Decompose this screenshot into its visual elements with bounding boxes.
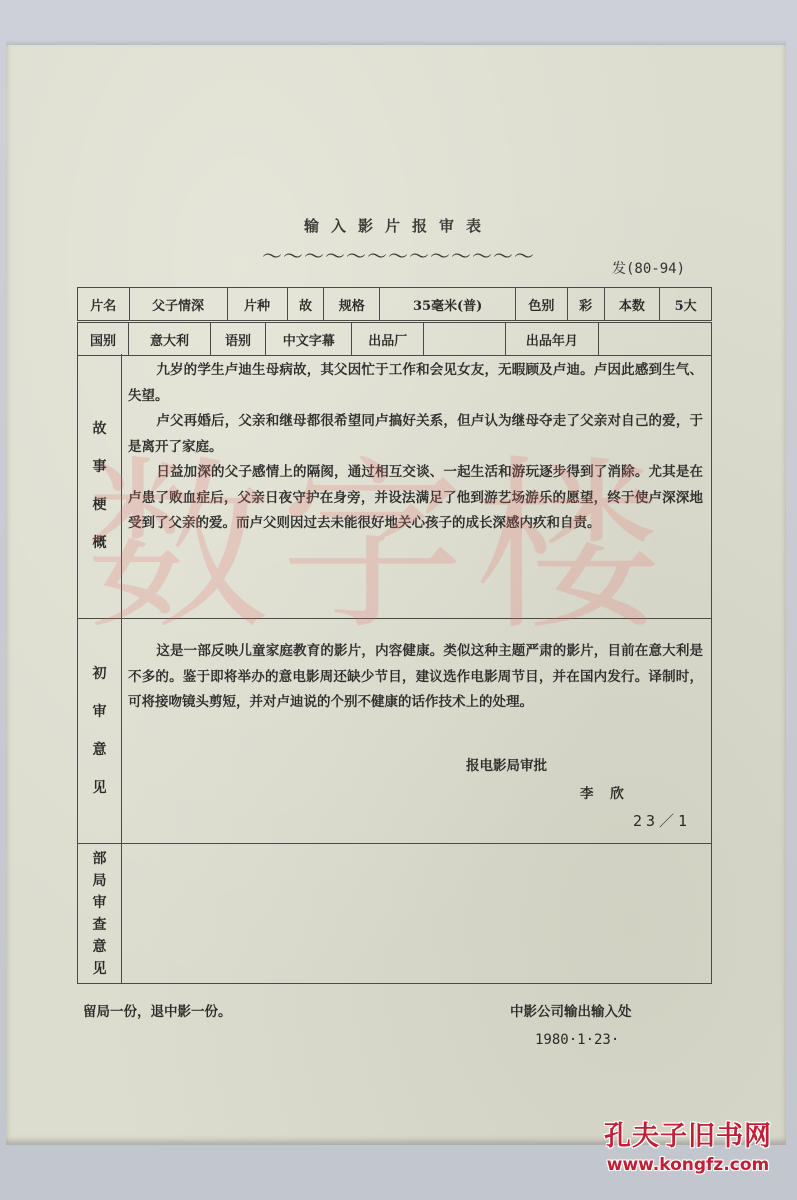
section-bureau-review: 部 局 审 查 意 见 [78, 844, 711, 984]
label-release-date: 出品年月 [506, 323, 599, 356]
synopsis-paragraph: 九岁的学生卢迪生母病故，其父因忙于工作和会见女友，无暇顾及卢迪。卢因此感到生气、… [128, 358, 703, 409]
label-language: 语别 [211, 323, 266, 356]
value-country: 意大利 [128, 323, 210, 356]
label-char: 意 [93, 731, 107, 769]
label-country: 国别 [78, 323, 129, 356]
label-char: 局 [93, 870, 107, 892]
film-info-table-row2: 国别 意大利 语别 中文字幕 出品厂 出品年月 [77, 322, 712, 356]
label-reels: 本数 [604, 288, 660, 321]
label-char: 梗 [93, 486, 107, 524]
label-char: 概 [93, 524, 107, 562]
bureau-review-label: 部 局 审 查 意 见 [78, 844, 122, 984]
section-synopsis: 故 事 梗 概 九岁的学生卢迪生母病故，其父因忙于工作和会见女友，无暇顾及卢迪。… [78, 354, 711, 619]
value-reels: 5大 [660, 288, 712, 321]
approval-note: 报电影局审批 [466, 754, 547, 774]
value-studio [424, 323, 506, 356]
section-initial-review: 初 审 意 见 这是一部反映儿童家庭教育的影片，内容健康。类似这种主题严肃的影片… [78, 619, 711, 844]
label-format: 规格 [324, 288, 380, 321]
value-language: 中文字幕 [266, 323, 352, 356]
synopsis-label: 故 事 梗 概 [78, 354, 122, 618]
label-char: 初 [93, 655, 107, 693]
copies-note: 留局一份，退中影一份。 [83, 1000, 232, 1020]
initial-review-label: 初 审 意 见 [78, 619, 122, 843]
initial-review-text: 这是一部反映儿童家庭教育的影片，内容健康。类似这种主题严肃的影片，目前在意大利是… [128, 639, 703, 843]
bureau-review-text-empty [128, 844, 703, 984]
issuing-office: 中影公司输出输入处 [510, 1000, 632, 1020]
label-studio: 出品厂 [352, 323, 424, 356]
label-char: 查 [93, 914, 107, 936]
form-number: 发(80-94) [612, 258, 685, 278]
review-date: 23／1 [633, 810, 691, 831]
value-film-type: 故 [287, 288, 324, 321]
label-char: 审 [93, 693, 107, 731]
value-release-date [598, 323, 711, 356]
value-format: 35毫米(普) [380, 288, 516, 321]
label-color: 色别 [516, 288, 568, 321]
value-film-title: 父子情深 [129, 288, 227, 321]
label-film-title: 片名 [78, 288, 130, 321]
label-char: 见 [93, 958, 107, 980]
synopsis-paragraph: 日益加深的父子感情上的隔阂，通过相互交谈、一起生活和游玩逐步得到了消除。尤其是在… [128, 460, 703, 537]
reviewer-signature: 李 欣 [580, 782, 630, 802]
synopsis-paragraph: 卢父再婚后，父亲和继母都很希望同卢搞好关系，但卢认为继母夺走了父亲对自己的爱，于… [128, 409, 703, 460]
label-char: 审 [93, 892, 107, 914]
site-watermark-url: www.kongfz.com [588, 1154, 788, 1176]
site-watermark-name: 孔夫子旧书网 [588, 1120, 788, 1154]
label-char: 部 [93, 848, 107, 870]
initial-review-paragraph: 这是一部反映儿童家庭教育的影片，内容健康。类似这种主题严肃的影片，目前在意大利是… [128, 639, 703, 716]
label-char: 故 [93, 410, 107, 448]
label-film-type: 片种 [227, 288, 287, 321]
synopsis-text: 九岁的学生卢迪生母病故，其父因忙于工作和会见女友，无暇顾及卢迪。卢因此感到生气、… [128, 358, 703, 618]
site-watermark: 孔夫子旧书网 www.kongfz.com [588, 1120, 788, 1176]
film-info-row-2: 国别 意大利 语别 中文字幕 出品厂 出品年月 [78, 323, 712, 356]
issue-date: 1980·1·23· [535, 1032, 619, 1048]
document-title: 输入影片报审表 [0, 215, 797, 236]
review-sections-grid: 故 事 梗 概 九岁的学生卢迪生母病故，其父因忙于工作和会见女友，无暇顾及卢迪。… [77, 354, 712, 984]
label-char: 事 [93, 448, 107, 486]
film-info-table: 片名 父子情深 片种 故 规格 35毫米(普) 色别 彩 本数 5大 [77, 287, 712, 321]
value-color: 彩 [567, 288, 604, 321]
label-char: 见 [93, 769, 107, 807]
label-char: 意 [93, 936, 107, 958]
film-info-row-1: 片名 父子情深 片种 故 规格 35毫米(普) 色别 彩 本数 5大 [78, 288, 712, 321]
